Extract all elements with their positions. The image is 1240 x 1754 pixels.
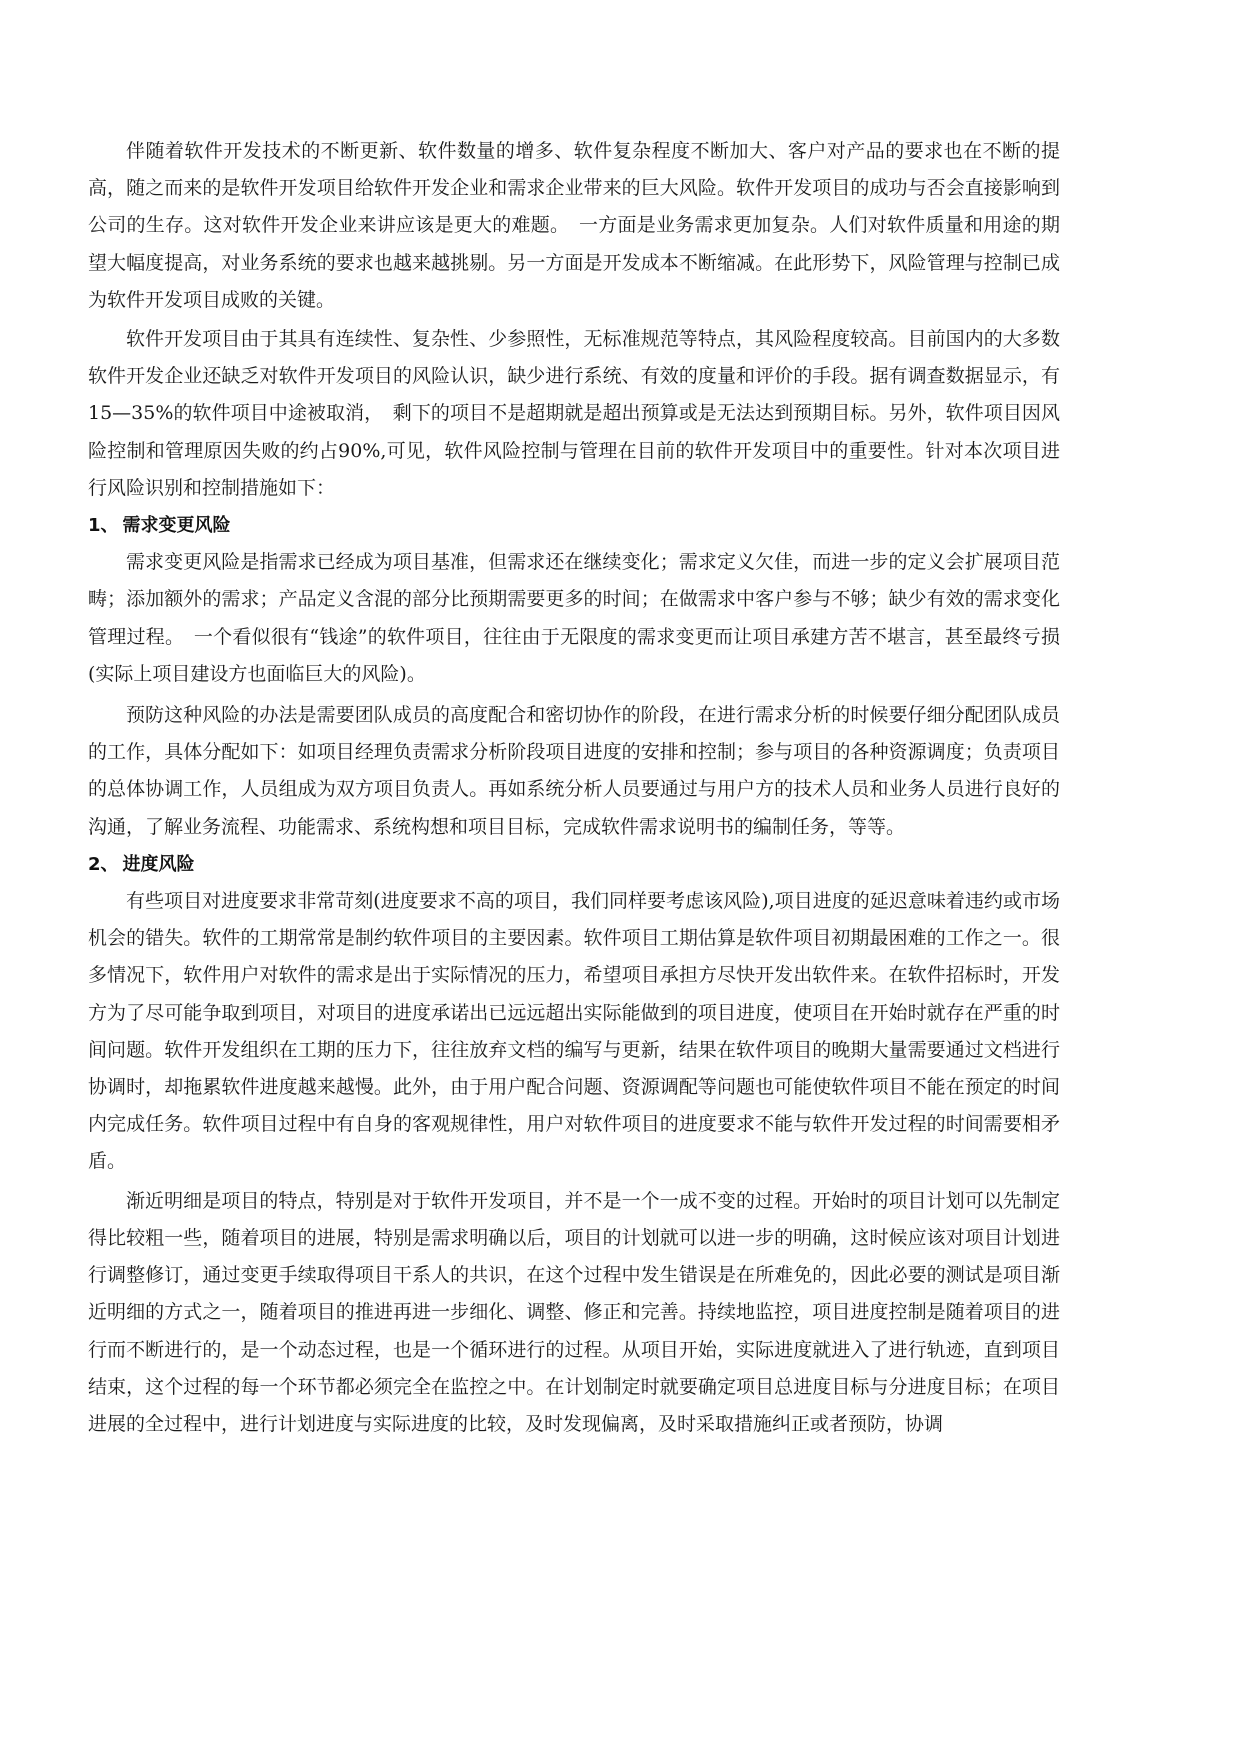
section-title: 需求变更风险 xyxy=(123,515,231,536)
section-number: 2、 xyxy=(88,854,119,875)
section-2-paragraph-2: 渐近明细是项目的特点，特别是对于软件开发项目，并不是一个一成不变的过程。开始时的… xyxy=(88,1183,1060,1443)
section-heading-requirements-change-risk: 1、需求变更风险 xyxy=(88,507,1060,544)
intro-paragraph-1: 伴随着软件开发技术的不断更新、软件数量的增多、软件复杂程度不断加大、客户对产品的… xyxy=(88,133,1060,319)
section-title: 进度风险 xyxy=(123,854,195,875)
intro-paragraph-2: 软件开发项目由于其具有连续性、复杂性、少参照性，无标准规范等特点，其风险程度较高… xyxy=(88,321,1060,507)
section-2-paragraph-1: 有些项目对进度要求非常苛刻(进度要求不高的项目，我们同样要考虑该风险),项目进度… xyxy=(88,883,1060,1181)
section-1-paragraph-1: 需求变更风险是指需求已经成为项目基准，但需求还在继续变化；需求定义欠佳，而进一步… xyxy=(88,544,1060,693)
section-heading-schedule-risk: 2、进度风险 xyxy=(88,846,1060,883)
section-number: 1、 xyxy=(88,515,119,536)
document-page: 伴随着软件开发技术的不断更新、软件数量的增多、软件复杂程度不断加大、客户对产品的… xyxy=(88,133,1060,1443)
section-1-paragraph-2: 预防这种风险的办法是需要团队成员的高度配合和密切协作的阶段，在进行需求分析的时候… xyxy=(88,697,1060,846)
